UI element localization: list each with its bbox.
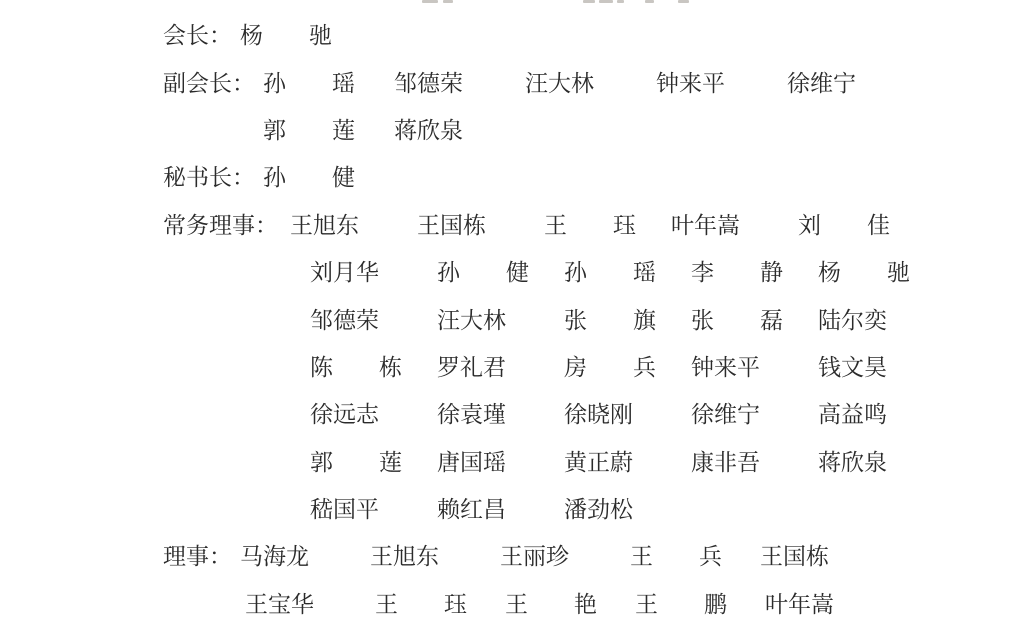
roster-row-standing-director: 陈 栋 罗礼君 房 兵 钟来平 钱文昊 <box>163 342 1027 389</box>
member-name: 高益鸣 <box>818 396 945 429</box>
roster-row-standing-director: 邹德荣 汪大林 张 旗 张 磊 陆尔奕 <box>163 294 1027 341</box>
member-name: 王宝华 <box>245 586 375 619</box>
member-name: 邹德荣 <box>310 302 437 335</box>
member-name: 邹德荣 <box>394 65 525 98</box>
member-name: 王 兵 <box>630 538 760 571</box>
roster-row-standing-director: 常务理事： 王旭东 王国栋 王 珏 叶年嵩 刘 佳 <box>163 200 1027 247</box>
member-name: 杨 驰 <box>240 17 371 50</box>
roster-row-president: 会长： 杨 驰 <box>163 10 1027 57</box>
member-name: 徐远志 <box>310 396 437 429</box>
roster-row-standing-director: 郭 莲 唐国瑶 黄正蔚 康非吾 蒋欣泉 <box>163 437 1027 484</box>
member-name: 刘月华 <box>310 254 437 287</box>
member-name: 钟来平 <box>691 349 818 382</box>
member-name: 王 珏 <box>544 207 671 240</box>
cutoff-text-fragment-icon <box>583 0 595 3</box>
member-name: 徐袁瑾 <box>437 396 564 429</box>
roster-row-standing-director: 嵇国平 赖红昌 潘劲松 <box>163 484 1027 531</box>
member-name: 孙 健 <box>437 254 564 287</box>
member-name: 蒋欣泉 <box>394 112 525 145</box>
roster-row-vice-president: 副会长： 孙 瑶 邹德荣 汪大林 钟来平 徐维宁 <box>163 57 1027 104</box>
roster-row-standing-director: 刘月华 孙 健 孙 瑶 李 静 杨 驰 <box>163 247 1027 294</box>
member-name: 王丽珍 <box>500 538 630 571</box>
section-label-secretary-general: 秘书长： <box>163 159 263 192</box>
member-name: 孙 瑶 <box>564 254 691 287</box>
member-name: 嵇国平 <box>310 491 437 524</box>
member-name: 潘劲松 <box>564 491 691 524</box>
member-name: 房 兵 <box>564 349 691 382</box>
member-name: 蒋欣泉 <box>818 444 945 477</box>
member-name: 张 磊 <box>691 302 818 335</box>
cutoff-text-fragment-icon <box>678 0 689 3</box>
section-label-standing-director: 常务理事： <box>163 207 290 240</box>
member-name: 罗礼君 <box>437 349 564 382</box>
member-name: 王 鹏 <box>635 586 765 619</box>
member-name: 汪大林 <box>437 302 564 335</box>
roster-row-standing-director: 徐远志 徐袁瑾 徐晓刚 徐维宁 高益鸣 <box>163 389 1027 436</box>
member-name: 王 艳 <box>505 586 635 619</box>
member-name: 康非吾 <box>691 444 818 477</box>
member-name: 孙 瑶 <box>263 65 394 98</box>
member-name: 叶年嵩 <box>671 207 798 240</box>
member-name: 叶年嵩 <box>765 586 895 619</box>
cutoff-text-fragment-icon <box>443 0 453 3</box>
cutoff-text-fragment-icon <box>599 0 613 3</box>
member-name: 马海龙 <box>240 538 370 571</box>
member-name: 钟来平 <box>656 65 787 98</box>
member-name: 唐国瑶 <box>437 444 564 477</box>
member-name: 郭 莲 <box>263 112 394 145</box>
member-name: 王国栋 <box>417 207 544 240</box>
cutoff-text-fragment-icon <box>422 0 438 3</box>
roster-row-vice-president: 郭 莲 蒋欣泉 <box>163 105 1027 152</box>
member-name: 王旭东 <box>290 207 417 240</box>
section-label-vice-president: 副会长： <box>163 65 263 98</box>
member-name: 钱文昊 <box>818 349 945 382</box>
section-label-president: 会长： <box>163 17 240 50</box>
member-name: 汪大林 <box>525 65 656 98</box>
member-name: 徐维宁 <box>691 396 818 429</box>
member-name: 黄正蔚 <box>564 444 691 477</box>
section-label-director: 理事： <box>163 538 240 571</box>
member-name: 孙 健 <box>263 159 394 192</box>
member-name: 徐晓刚 <box>564 396 691 429</box>
member-name: 王国栋 <box>760 538 890 571</box>
roster-row-director: 王宝华 王 珏 王 艳 王 鹏 叶年嵩 <box>163 579 1027 620</box>
cutoff-text-fragment-icon <box>645 0 654 3</box>
member-name: 张 旗 <box>564 302 691 335</box>
member-name: 李 静 <box>691 254 818 287</box>
roster-row-secretary-general: 秘书长： 孙 健 <box>163 152 1027 199</box>
member-name: 王 珏 <box>375 586 505 619</box>
member-name: 陈 栋 <box>310 349 437 382</box>
member-name: 赖红昌 <box>437 491 564 524</box>
member-name: 王旭东 <box>370 538 500 571</box>
member-name: 郭 莲 <box>310 444 437 477</box>
document-page: 会长： 杨 驰 副会长： 孙 瑶 邹德荣 汪大林 钟来平 徐维宁 郭 莲 蒋欣泉… <box>0 0 1027 620</box>
member-name: 徐维宁 <box>787 65 918 98</box>
roster-content: 会长： 杨 驰 副会长： 孙 瑶 邹德荣 汪大林 钟来平 徐维宁 郭 莲 蒋欣泉… <box>163 10 1027 620</box>
cutoff-text-fragment-icon <box>617 0 624 3</box>
roster-row-director: 理事： 马海龙 王旭东 王丽珍 王 兵 王国栋 <box>163 531 1027 578</box>
member-name: 杨 驰 <box>818 254 945 287</box>
member-name: 陆尔奕 <box>818 302 945 335</box>
member-name: 刘 佳 <box>798 207 925 240</box>
